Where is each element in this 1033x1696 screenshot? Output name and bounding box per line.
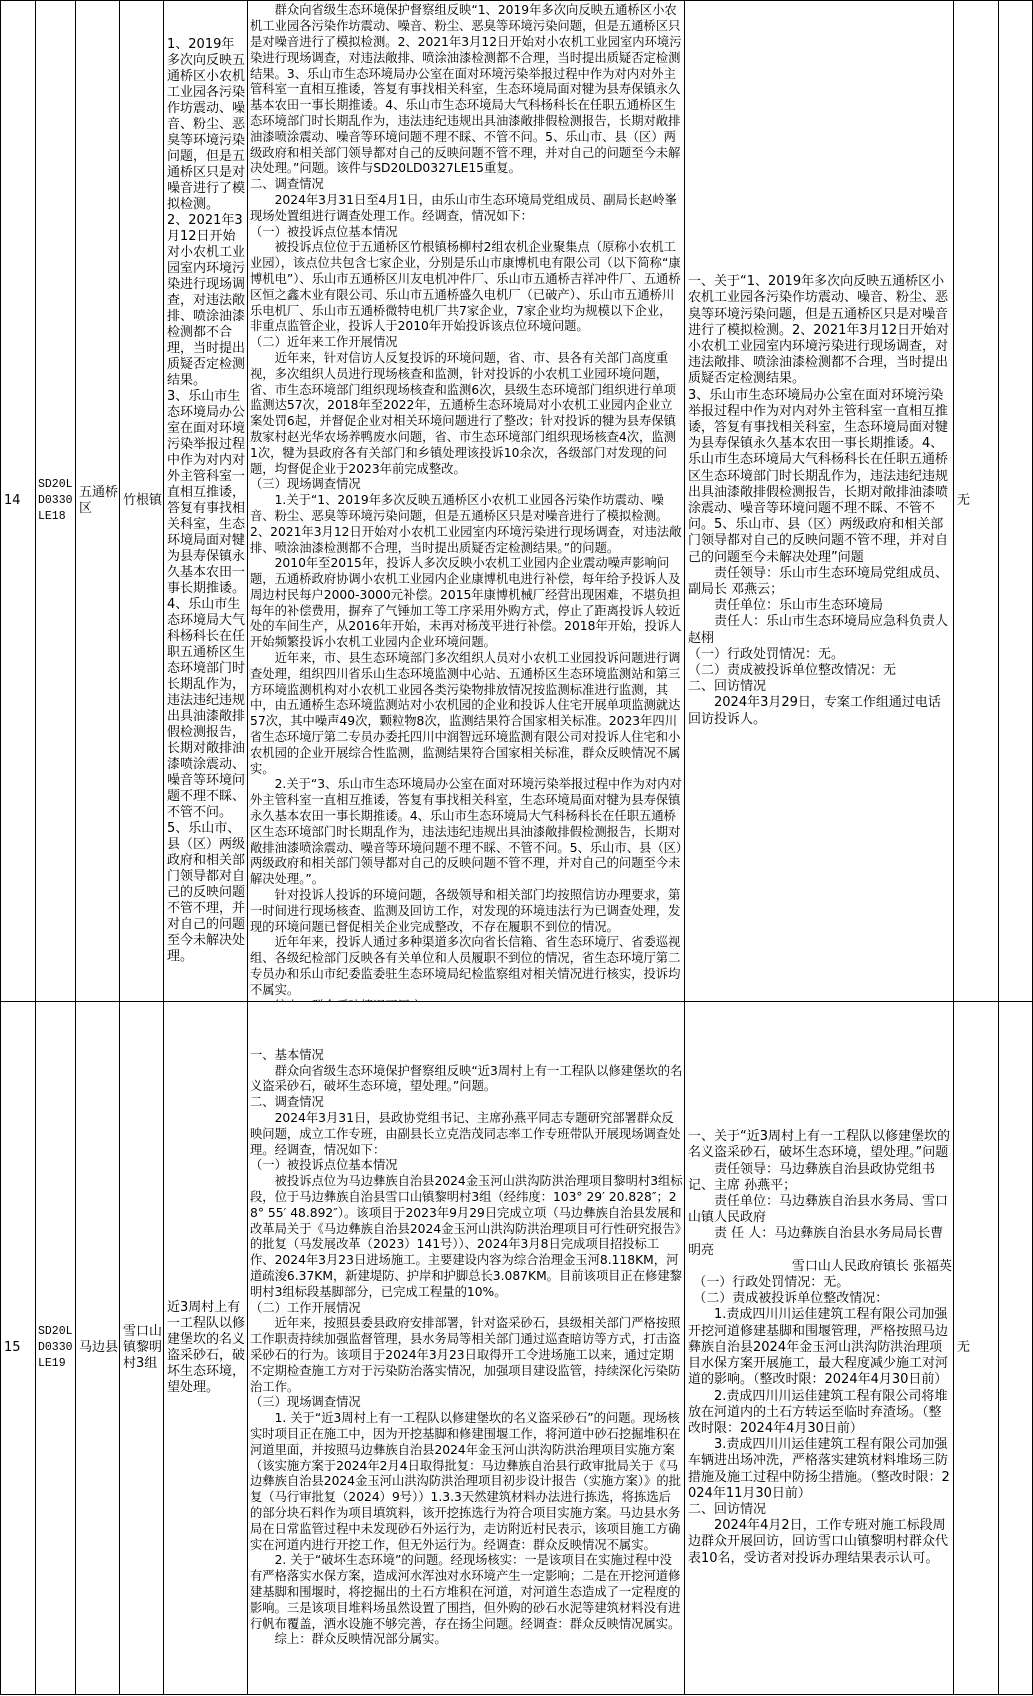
cell-col9 — [999, 1002, 1033, 1695]
paragraph: 近年来，按照县委县政府安排部署，针对盗采砂石，县级相关部门严格按照工作职责持续加… — [250, 1316, 683, 1395]
handling-text: 一、关于“近3周村上有一工程队以修建堡坎的名义盗采砂石，破坏生态环境，望处理。”… — [688, 1129, 952, 1566]
cell-investigation: 一、基本情况群众向省级生态环境保护督察组反映“1、2019年多次向反映五通桥区小… — [248, 1, 685, 1002]
document-page: 14 SD20LD0330LE18 五通桥区 竹根镇 1、2019年多次向反映五… — [0, 0, 1033, 1696]
paragraph: 4、乐山市生态环境局大气科杨科长在任职五通桥区生态环境部门时长期乱作为，违法违纪… — [167, 597, 246, 821]
cell-complaint: 近3周村上有一工程队以修建堡坎的名义盗采砂石，破坏生态环境，望处理。 — [164, 1002, 248, 1695]
row-number: 15 — [4, 1340, 34, 1356]
paragraph: 2.关于“3、乐山市生态环境局办公室在面对环境污染举报过程中作为对内对外主管科室… — [250, 777, 683, 888]
paragraph: 2010年至2015年，投诉人多次反映小农机工业园内企业震动噪声影响问题，五通桥… — [250, 556, 683, 651]
paragraph: （二）工作开展情况 — [250, 1301, 683, 1317]
paragraph: 1.责成四川川运佳建筑工程有限公司加强开挖河道修建基脚和围堰管理，严格按照马边彝… — [688, 1307, 952, 1388]
row-number: 14 — [4, 493, 34, 509]
paragraph: 一、关于“近3周村上有一工程队以修建堡坎的名义盗采砂石，破坏生态环境，望处理。”… — [688, 1129, 952, 1161]
paragraph: 二、回访情况 — [688, 679, 952, 695]
paragraph: 群众向省级生态环境保护督察组反映“1、2019年多次向反映五通桥区小农机工业园各… — [250, 3, 683, 177]
cell-col9 — [999, 1, 1033, 1002]
paragraph: 责任人：乐山市生态环境局应急科负责人赵栩 — [688, 614, 952, 646]
paragraph: 近年年来，投诉人通过多种渠道多次向省长信箱、省生态环境厅、省委巡视组、各级纪检部… — [250, 935, 683, 998]
paragraph: 二、调查情况 — [250, 1095, 683, 1111]
case-table: 14 SD20LD0330LE18 五通桥区 竹根镇 1、2019年多次向反映五… — [0, 0, 1033, 1695]
cell-investigation: 一、基本情况群众向省级生态环境保护督察组反映“近3周村上有一工程队以修建堡坎的名… — [248, 1002, 685, 1695]
paragraph: 责任领导：马边彝族自治县政协党组书记、主席 孙燕平； — [688, 1162, 952, 1194]
paragraph: 2024年3月29日，专案工作组通过电话回访投诉人。 — [688, 695, 952, 727]
paragraph: 1. 关于“近3周村上有一工程队以修建堡坎的名义盗采砂石”的问题。现场核实时项目… — [250, 1411, 683, 1553]
cell-index: 14 — [1, 1, 36, 1002]
paragraph: 责任单位：乐山市生态环境局 — [688, 598, 952, 614]
paragraph: 近年来，针对信访人反复投诉的环境问题，省、市、县各有关部门高度重视，多次组织人员… — [250, 351, 683, 477]
cell-district: 五通桥区 — [76, 1, 120, 1002]
paragraph: （三）现场调查情况 — [250, 477, 683, 493]
paragraph: （一）被投诉点位基本情况 — [250, 225, 683, 241]
cell-handling: 一、关于“近3周村上有一工程队以修建堡坎的名义盗采砂石，破坏生态环境，望处理。”… — [685, 1002, 954, 1695]
paragraph: 被投诉点位位于五通桥区竹根镇杨柳村2组农机企业聚集点（原称小农机工业园），该点位… — [250, 240, 683, 335]
paragraph: 责任单位：马边彝族自治县水务局、雪口山镇人民政府 — [688, 1194, 952, 1226]
paragraph: 5、乐山市、县（区）两级政府和相关部门领导都对自己的反映问题不管不理，并对自己的… — [167, 821, 246, 965]
handling-text: 一、关于“1、2019年多次向反映五通桥区小农机工业园各污染作坊震动、噪音、粉尘… — [688, 274, 952, 728]
complaint-text: 1、2019年多次向反映五通桥区小农机工业园各污染作坊震动、噪音、粉尘、恶臭等环… — [167, 37, 246, 965]
cell-case-id: SD20LD0330LE19 — [36, 1002, 76, 1695]
cell-handling: 一、关于“1、2019年多次向反映五通桥区小农机工业园各污染作坊震动、噪音、粉尘… — [685, 1, 954, 1002]
paragraph: 责任领导：乐山市生态环境局党组成员、副局长 邓燕云； — [688, 566, 952, 598]
complaint-text: 近3周村上有一工程队以修建堡坎的名义盗采砂石，破坏生态环境，望处理。 — [167, 1300, 246, 1396]
cell-district: 马边县 — [76, 1002, 120, 1695]
paragraph: 综上：群众反映情况部分属实。 — [250, 1632, 683, 1648]
paragraph: 群众向省级生态环境保护督察组反映“近3周村上有一工程队以修建堡坎的名义盗采砂石，… — [250, 1064, 683, 1096]
paragraph: 2024年4月2日，工作专班对施工标段周边群众开展回访，回访雪口山镇黎明村群众代… — [688, 1518, 952, 1567]
paragraph: （三）现场调查情况 — [250, 1395, 683, 1411]
paragraph: 2024年3月31日至4月1日，由乐山市生态环境局党组成员、副局长赵岭峯现场处置… — [250, 193, 683, 225]
case-id: SD20LD0330LE19 — [38, 1324, 74, 1372]
paragraph: （一）被投诉点位基本情况 — [250, 1158, 683, 1174]
cell-township: 雪口山镇黎明村3组 — [120, 1002, 164, 1695]
paragraph: 2024年3月31日，县政协党组书记、主席孙燕平同志专题研究部署群众反映问题，成… — [250, 1111, 683, 1158]
paragraph: 3.责成四川川运佳建筑工程有限公司加强车辆进出场冲洗，严格落实建筑材料堆场三防措… — [688, 1437, 952, 1502]
paragraph: 责 任 人：马边彝族自治县水务局局长曹明亮 — [688, 1226, 952, 1258]
investigation-text: 一、基本情况群众向省级生态环境保护督察组反映“近3周村上有一工程队以修建堡坎的名… — [250, 1048, 683, 1648]
cell-township: 竹根镇 — [120, 1, 164, 1002]
paragraph: 一、关于“1、2019年多次向反映五通桥区小农机工业园各污染作坊震动、噪音、粉尘… — [688, 274, 952, 387]
paragraph: 2. 关于“破坏生态环境”的问题。经现场核实：一是该项目在实施过程中没有严格落实… — [250, 1553, 683, 1632]
cell-col8: 无 — [954, 1002, 999, 1695]
paragraph: 近3周村上有一工程队以修建堡坎的名义盗采砂石，破坏生态环境，望处理。 — [167, 1300, 246, 1396]
paragraph: 近年来，市、县生态环境部门多次组织人员对小农机工业园投诉问题进行调查处理，组织四… — [250, 651, 683, 777]
col8-value: 无 — [957, 493, 997, 509]
paragraph: 2、2021年3月12日开始对小农机工业园室内环境污染进行现场调查，对违法敞排、… — [167, 213, 246, 389]
cell-index: 15 — [1, 1002, 36, 1695]
paragraph: 一、基本情况 — [250, 1048, 683, 1064]
cell-case-id: SD20LD0330LE18 — [36, 1, 76, 1002]
paragraph: 1、2019年多次向反映五通桥区小农机工业园各污染作坊震动、噪音、粉尘、恶臭等环… — [167, 37, 246, 213]
cell-complaint: 1、2019年多次向反映五通桥区小农机工业园各污染作坊震动、噪音、粉尘、恶臭等环… — [164, 1, 248, 1002]
paragraph: 被投诉点位为马边彝族自治县2024金玉河山洪沟防洪治理项目黎明村3组标段，位于马… — [250, 1174, 683, 1300]
paragraph: 3、乐山市生态环境局办公室在面对环境污染举报过程中作为对内对外主管科室一直相互推… — [688, 388, 952, 566]
paragraph: 2.责成四川川运佳建筑工程有限公司将堆放在河道内的土石方转运至临时弃渣场。（整改… — [688, 1389, 952, 1438]
district-name: 五通桥区 — [79, 485, 118, 517]
paragraph: 针对投诉人投诉的环境问题，各级领导和相关部门均按照信访办理要求，第一时间进行现场… — [250, 888, 683, 935]
cell-col8: 无 — [954, 1, 999, 1002]
col8-value: 无 — [957, 1340, 997, 1356]
district-name: 马边县 — [79, 1340, 118, 1356]
paragraph: （二）责成被投诉单位整改情况： — [688, 1291, 952, 1307]
case-id: SD20LD0330LE18 — [38, 477, 74, 525]
paragraph: （二）责成被投诉单位整改情况：无 — [688, 663, 952, 679]
paragraph: （一）行政处罚情况：无。 — [688, 1275, 952, 1291]
township-name: 雪口山镇黎明村3组 — [123, 1324, 162, 1372]
paragraph: （一）行政处罚情况：无。 — [688, 647, 952, 663]
township-name: 竹根镇 — [123, 493, 162, 509]
paragraph: 雪口山人民政府镇长 张福英 — [688, 1259, 952, 1275]
paragraph: （二）近年来工作开展情况 — [250, 335, 683, 351]
paragraph: 1.关于“1、2019年多次反映五通桥区小农机工业园各污染作坊震动、噪音、粉尘、… — [250, 493, 683, 556]
investigation-text: 一、基本情况群众向省级生态环境保护督察组反映“1、2019年多次向反映五通桥区小… — [250, 1, 683, 1002]
paragraph: 二、回访情况 — [688, 1502, 952, 1518]
paragraph: 3、乐山市生态环境局办公室在面对环境污染举报过程中作为对内对外主管科室一直相互推… — [167, 389, 246, 597]
paragraph: 二、调查情况 — [250, 177, 683, 193]
